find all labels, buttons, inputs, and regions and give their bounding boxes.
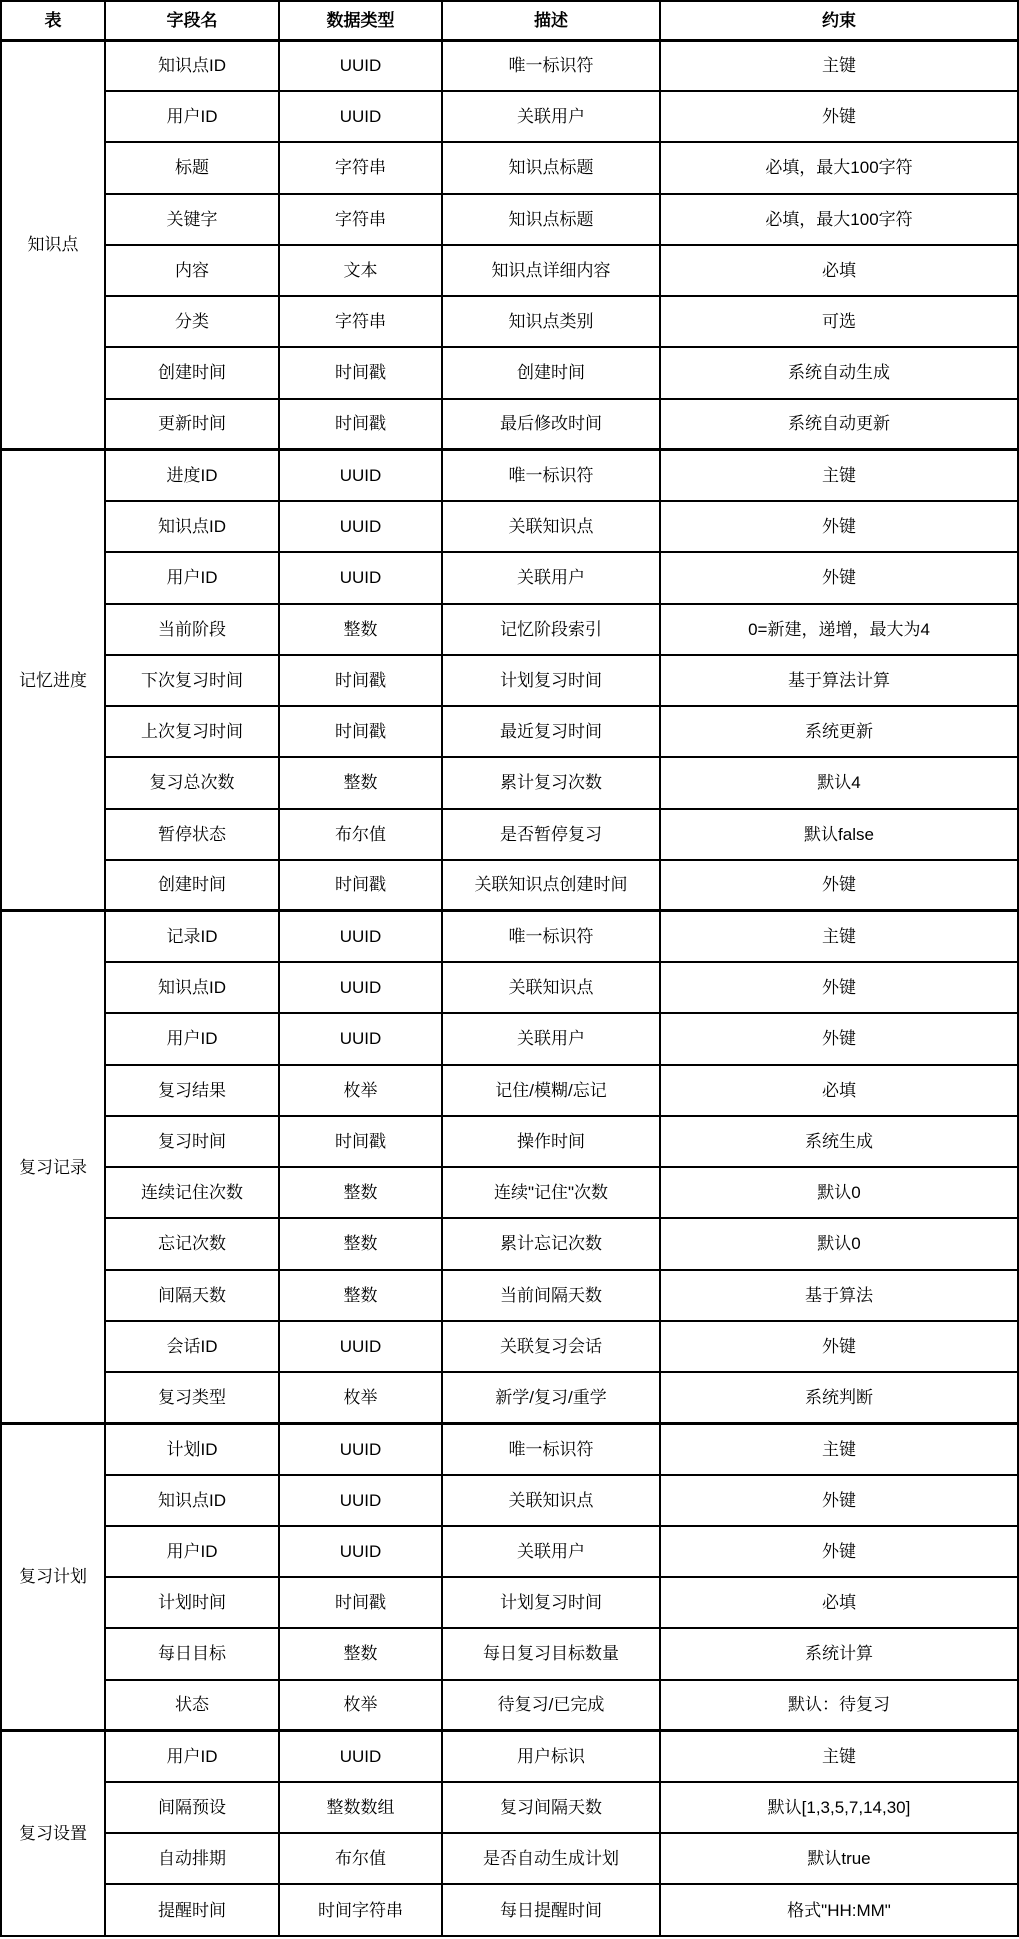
description-cell: 是否自动生成计划: [442, 1833, 660, 1884]
field-name-cell: 用户ID: [105, 1731, 279, 1782]
column-header-table: 表: [1, 1, 105, 40]
constraint-cell: 外键: [660, 501, 1018, 552]
field-name-cell: 会话ID: [105, 1321, 279, 1372]
description-cell: 当前间隔天数: [442, 1270, 660, 1321]
group-label: 复习记录: [1, 911, 105, 1423]
description-cell: 连续"记住"次数: [442, 1167, 660, 1218]
group-label: 记忆进度: [1, 450, 105, 911]
field-name-cell: 每日目标: [105, 1628, 279, 1679]
field-name-cell: 计划ID: [105, 1423, 279, 1474]
description-cell: 累计忘记次数: [442, 1218, 660, 1269]
field-name-cell: 下次复习时间: [105, 655, 279, 706]
field-name-cell: 复习类型: [105, 1372, 279, 1423]
data-type-cell: 字符串: [279, 142, 442, 193]
table-row: 用户IDUUID关联用户外键: [1, 1013, 1018, 1064]
table-row: 自动排期布尔值是否自动生成计划默认true: [1, 1833, 1018, 1884]
field-name-cell: 用户ID: [105, 1526, 279, 1577]
table-row: 上次复习时间时间戳最近复习时间系统更新: [1, 706, 1018, 757]
data-type-cell: 布尔值: [279, 1833, 442, 1884]
table-row: 下次复习时间时间戳计划复习时间基于算法计算: [1, 655, 1018, 706]
description-cell: 创建时间: [442, 347, 660, 398]
database-schema-table: 表 字段名 数据类型 描述 约束 知识点知识点IDUUID唯一标识符主键用户ID…: [0, 0, 1019, 1937]
data-type-cell: 整数: [279, 604, 442, 655]
constraint-cell: 必填，最大100字符: [660, 194, 1018, 245]
description-cell: 待复习/已完成: [442, 1680, 660, 1731]
data-type-cell: 时间戳: [279, 1116, 442, 1167]
field-name-cell: 标题: [105, 142, 279, 193]
field-name-cell: 分类: [105, 296, 279, 347]
constraint-cell: 默认true: [660, 1833, 1018, 1884]
data-type-cell: UUID: [279, 1731, 442, 1782]
constraint-cell: 外键: [660, 552, 1018, 603]
data-type-cell: UUID: [279, 40, 442, 91]
table-row: 复习计划计划IDUUID唯一标识符主键: [1, 1423, 1018, 1474]
field-name-cell: 暂停状态: [105, 809, 279, 860]
field-name-cell: 复习结果: [105, 1065, 279, 1116]
table-row: 分类字符串知识点类别可选: [1, 296, 1018, 347]
field-name-cell: 当前阶段: [105, 604, 279, 655]
data-type-cell: 枚举: [279, 1680, 442, 1731]
description-cell: 知识点类别: [442, 296, 660, 347]
data-type-cell: 枚举: [279, 1065, 442, 1116]
table-row: 创建时间时间戳关联知识点创建时间外键: [1, 860, 1018, 911]
column-header-field-name: 字段名: [105, 1, 279, 40]
table-row: 复习类型枚举新学/复习/重学系统判断: [1, 1372, 1018, 1423]
constraint-cell: 默认false: [660, 809, 1018, 860]
field-name-cell: 记录ID: [105, 911, 279, 962]
description-cell: 用户标识: [442, 1731, 660, 1782]
data-type-cell: 时间戳: [279, 860, 442, 911]
constraint-cell: 系统自动更新: [660, 399, 1018, 450]
data-type-cell: 布尔值: [279, 809, 442, 860]
data-type-cell: UUID: [279, 1321, 442, 1372]
constraint-cell: 外键: [660, 1013, 1018, 1064]
table-row: 用户IDUUID关联用户外键: [1, 91, 1018, 142]
description-cell: 记住/模糊/忘记: [442, 1065, 660, 1116]
description-cell: 每日复习目标数量: [442, 1628, 660, 1679]
description-cell: 唯一标识符: [442, 1423, 660, 1474]
field-name-cell: 间隔天数: [105, 1270, 279, 1321]
field-name-cell: 创建时间: [105, 860, 279, 911]
group-label: 复习设置: [1, 1731, 105, 1936]
field-name-cell: 更新时间: [105, 399, 279, 450]
constraint-cell: 必填: [660, 1577, 1018, 1628]
column-header-data-type: 数据类型: [279, 1, 442, 40]
constraint-cell: 默认4: [660, 757, 1018, 808]
data-type-cell: 整数数组: [279, 1782, 442, 1833]
field-name-cell: 间隔预设: [105, 1782, 279, 1833]
description-cell: 关联复习会话: [442, 1321, 660, 1372]
description-cell: 操作时间: [442, 1116, 660, 1167]
constraint-cell: 默认0: [660, 1218, 1018, 1269]
table-row: 当前阶段整数记忆阶段索引0=新建，递增，最大为4: [1, 604, 1018, 655]
group-label: 知识点: [1, 40, 105, 450]
table-row: 复习时间时间戳操作时间系统生成: [1, 1116, 1018, 1167]
table-row: 状态枚举待复习/已完成默认：待复习: [1, 1680, 1018, 1731]
data-type-cell: UUID: [279, 1423, 442, 1474]
table-row: 连续记住次数整数连续"记住"次数默认0: [1, 1167, 1018, 1218]
constraint-cell: 默认：待复习: [660, 1680, 1018, 1731]
field-name-cell: 状态: [105, 1680, 279, 1731]
table-row: 记忆进度进度IDUUID唯一标识符主键: [1, 450, 1018, 501]
data-type-cell: UUID: [279, 1526, 442, 1577]
column-header-constraint: 约束: [660, 1, 1018, 40]
data-type-cell: UUID: [279, 91, 442, 142]
data-type-cell: 整数: [279, 1218, 442, 1269]
table-row: 复习结果枚举记住/模糊/忘记必填: [1, 1065, 1018, 1116]
data-type-cell: 时间戳: [279, 347, 442, 398]
data-type-cell: 时间字符串: [279, 1884, 442, 1936]
description-cell: 关联用户: [442, 91, 660, 142]
data-type-cell: 整数: [279, 757, 442, 808]
data-type-cell: UUID: [279, 1475, 442, 1526]
description-cell: 新学/复习/重学: [442, 1372, 660, 1423]
field-name-cell: 知识点ID: [105, 962, 279, 1013]
group-label: 复习计划: [1, 1423, 105, 1730]
data-type-cell: 时间戳: [279, 655, 442, 706]
table-row: 内容文本知识点详细内容必填: [1, 245, 1018, 296]
constraint-cell: 必填: [660, 245, 1018, 296]
constraint-cell: 格式"HH:MM": [660, 1884, 1018, 1936]
table-row: 间隔预设整数数组复习间隔天数默认[1,3,5,7,14,30]: [1, 1782, 1018, 1833]
constraint-cell: 外键: [660, 1475, 1018, 1526]
data-type-cell: 枚举: [279, 1372, 442, 1423]
description-cell: 关联知识点: [442, 501, 660, 552]
constraint-cell: 必填: [660, 1065, 1018, 1116]
table-header: 表 字段名 数据类型 描述 约束: [1, 1, 1018, 40]
data-type-cell: 字符串: [279, 296, 442, 347]
table-row: 用户IDUUID关联用户外键: [1, 552, 1018, 603]
description-cell: 每日提醒时间: [442, 1884, 660, 1936]
data-type-cell: 时间戳: [279, 706, 442, 757]
constraint-cell: 主键: [660, 911, 1018, 962]
description-cell: 知识点详细内容: [442, 245, 660, 296]
table-row: 计划时间时间戳计划复习时间必填: [1, 1577, 1018, 1628]
description-cell: 累计复习次数: [442, 757, 660, 808]
description-cell: 知识点标题: [442, 194, 660, 245]
column-header-description: 描述: [442, 1, 660, 40]
field-name-cell: 忘记次数: [105, 1218, 279, 1269]
table-row: 更新时间时间戳最后修改时间系统自动更新: [1, 399, 1018, 450]
field-name-cell: 知识点ID: [105, 501, 279, 552]
constraint-cell: 系统更新: [660, 706, 1018, 757]
table-row: 标题字符串知识点标题必填，最大100字符: [1, 142, 1018, 193]
field-name-cell: 创建时间: [105, 347, 279, 398]
data-type-cell: 字符串: [279, 194, 442, 245]
data-type-cell: 时间戳: [279, 399, 442, 450]
constraint-cell: 默认[1,3,5,7,14,30]: [660, 1782, 1018, 1833]
table-row: 知识点IDUUID关联知识点外键: [1, 962, 1018, 1013]
table-row: 创建时间时间戳创建时间系统自动生成: [1, 347, 1018, 398]
field-name-cell: 连续记住次数: [105, 1167, 279, 1218]
table-row: 间隔天数整数当前间隔天数基于算法: [1, 1270, 1018, 1321]
table-row: 复习总次数整数累计复习次数默认4: [1, 757, 1018, 808]
data-type-cell: UUID: [279, 552, 442, 603]
data-type-cell: 时间戳: [279, 1577, 442, 1628]
data-type-cell: 整数: [279, 1628, 442, 1679]
constraint-cell: 系统判断: [660, 1372, 1018, 1423]
table-row: 忘记次数整数累计忘记次数默认0: [1, 1218, 1018, 1269]
table-row: 提醒时间时间字符串每日提醒时间格式"HH:MM": [1, 1884, 1018, 1936]
constraint-cell: 必填，最大100字符: [660, 142, 1018, 193]
constraint-cell: 外键: [660, 1321, 1018, 1372]
constraint-cell: 主键: [660, 1731, 1018, 1782]
description-cell: 关联用户: [442, 552, 660, 603]
constraint-cell: 外键: [660, 91, 1018, 142]
data-type-cell: 整数: [279, 1270, 442, 1321]
table-row: 知识点IDUUID关联知识点外键: [1, 501, 1018, 552]
field-name-cell: 知识点ID: [105, 1475, 279, 1526]
field-name-cell: 复习时间: [105, 1116, 279, 1167]
description-cell: 记忆阶段索引: [442, 604, 660, 655]
description-cell: 唯一标识符: [442, 450, 660, 501]
description-cell: 计划复习时间: [442, 1577, 660, 1628]
description-cell: 关联知识点: [442, 1475, 660, 1526]
description-cell: 关联知识点: [442, 962, 660, 1013]
field-name-cell: 自动排期: [105, 1833, 279, 1884]
constraint-cell: 主键: [660, 450, 1018, 501]
description-cell: 计划复习时间: [442, 655, 660, 706]
field-name-cell: 关键字: [105, 194, 279, 245]
data-type-cell: UUID: [279, 911, 442, 962]
constraint-cell: 基于算法计算: [660, 655, 1018, 706]
description-cell: 最后修改时间: [442, 399, 660, 450]
data-type-cell: 整数: [279, 1167, 442, 1218]
data-type-cell: UUID: [279, 1013, 442, 1064]
description-cell: 关联用户: [442, 1013, 660, 1064]
constraint-cell: 外键: [660, 860, 1018, 911]
header-row: 表 字段名 数据类型 描述 约束: [1, 1, 1018, 40]
constraint-cell: 系统生成: [660, 1116, 1018, 1167]
table-row: 会话IDUUID关联复习会话外键: [1, 1321, 1018, 1372]
description-cell: 关联知识点创建时间: [442, 860, 660, 911]
table-row: 知识点IDUUID关联知识点外键: [1, 1475, 1018, 1526]
field-name-cell: 用户ID: [105, 91, 279, 142]
field-name-cell: 进度ID: [105, 450, 279, 501]
data-type-cell: 文本: [279, 245, 442, 296]
table-row: 每日目标整数每日复习目标数量系统计算: [1, 1628, 1018, 1679]
constraint-cell: 默认0: [660, 1167, 1018, 1218]
field-name-cell: 上次复习时间: [105, 706, 279, 757]
data-type-cell: UUID: [279, 501, 442, 552]
description-cell: 唯一标识符: [442, 911, 660, 962]
field-name-cell: 内容: [105, 245, 279, 296]
field-name-cell: 提醒时间: [105, 1884, 279, 1936]
constraint-cell: 主键: [660, 40, 1018, 91]
table-row: 暂停状态布尔值是否暂停复习默认false: [1, 809, 1018, 860]
table-row: 关键字字符串知识点标题必填，最大100字符: [1, 194, 1018, 245]
description-cell: 知识点标题: [442, 142, 660, 193]
description-cell: 是否暂停复习: [442, 809, 660, 860]
table-body: 知识点知识点IDUUID唯一标识符主键用户IDUUID关联用户外键标题字符串知识…: [1, 40, 1018, 1936]
constraint-cell: 外键: [660, 1526, 1018, 1577]
constraint-cell: 可选: [660, 296, 1018, 347]
table-row: 复习设置用户IDUUID用户标识主键: [1, 1731, 1018, 1782]
table-row: 用户IDUUID关联用户外键: [1, 1526, 1018, 1577]
field-name-cell: 计划时间: [105, 1577, 279, 1628]
constraint-cell: 系统自动生成: [660, 347, 1018, 398]
field-name-cell: 知识点ID: [105, 40, 279, 91]
table-row: 复习记录记录IDUUID唯一标识符主键: [1, 911, 1018, 962]
table-row: 知识点知识点IDUUID唯一标识符主键: [1, 40, 1018, 91]
description-cell: 唯一标识符: [442, 40, 660, 91]
constraint-cell: 主键: [660, 1423, 1018, 1474]
constraint-cell: 基于算法: [660, 1270, 1018, 1321]
constraint-cell: 系统计算: [660, 1628, 1018, 1679]
field-name-cell: 用户ID: [105, 1013, 279, 1064]
constraint-cell: 外键: [660, 962, 1018, 1013]
constraint-cell: 0=新建，递增，最大为4: [660, 604, 1018, 655]
field-name-cell: 用户ID: [105, 552, 279, 603]
description-cell: 关联用户: [442, 1526, 660, 1577]
data-type-cell: UUID: [279, 450, 442, 501]
description-cell: 复习间隔天数: [442, 1782, 660, 1833]
data-type-cell: UUID: [279, 962, 442, 1013]
field-name-cell: 复习总次数: [105, 757, 279, 808]
description-cell: 最近复习时间: [442, 706, 660, 757]
